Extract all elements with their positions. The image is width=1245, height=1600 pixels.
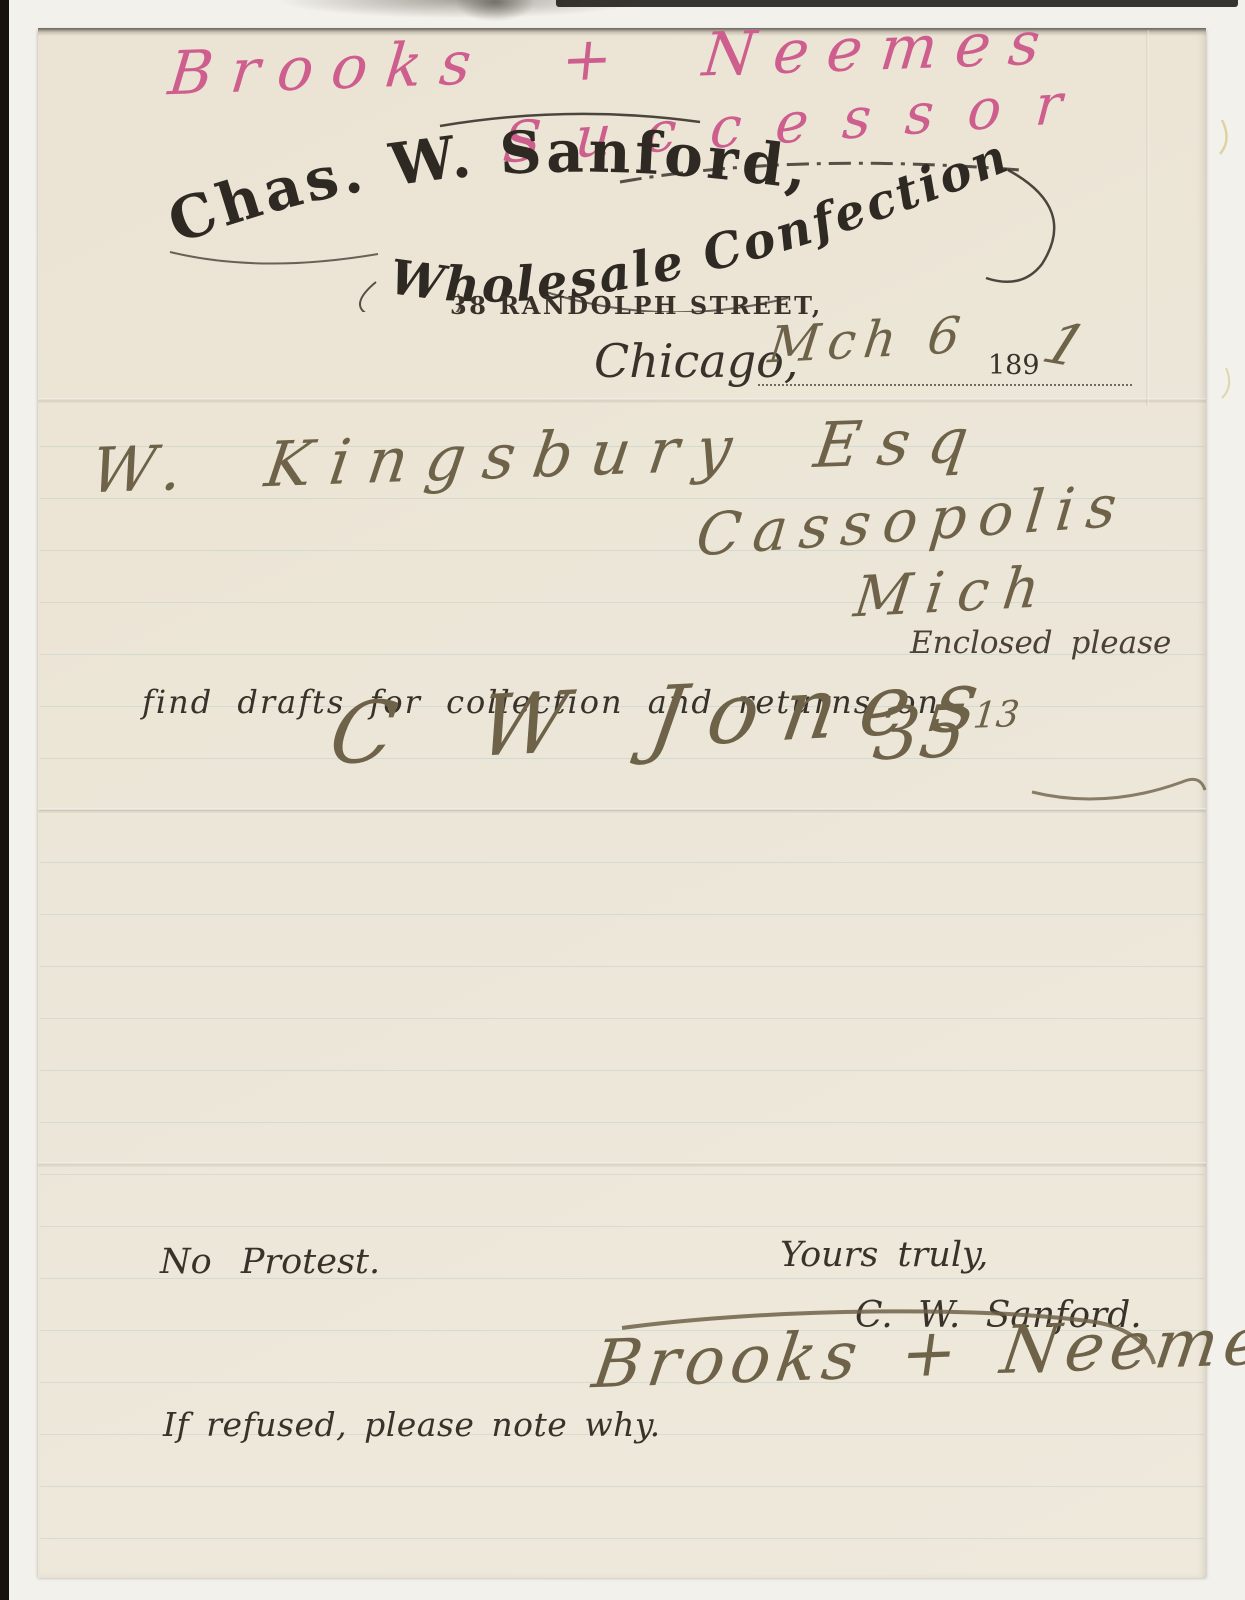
- amount-dollars: 35: [870, 689, 970, 777]
- no-protest-label: No Protest.: [160, 1245, 380, 1280]
- scan-top-smudge-dark: [455, 0, 535, 22]
- closing-label: Yours truly,: [780, 1238, 988, 1273]
- fold-crease-middle: [38, 808, 1206, 813]
- scanned-letter-page: Brooks + Neemes Successor Chas. W. Sanfo…: [0, 0, 1245, 1600]
- letterhead-artwork: Chas. W. Sanford, Wholesale Confectioner…: [140, 112, 1150, 312]
- scanner-edge-top-band: [556, 0, 1238, 7]
- stray-mark-lower: [1222, 368, 1229, 398]
- street-address: 38 RANDOLPH STREET,: [450, 294, 823, 318]
- printed-year-prefix: 189: [988, 352, 1040, 379]
- amount-handwritten: 3513: [870, 693, 1021, 770]
- amount-cents: 13: [971, 694, 1021, 737]
- stray-mark-upper: [1220, 120, 1227, 154]
- handwritten-date: Mch 6: [766, 310, 971, 371]
- scanner-edge-left: [0, 0, 9, 1600]
- flourish-under-name: [170, 252, 378, 264]
- fold-crease-lower: [38, 1162, 1206, 1167]
- fold-crease-upper: [38, 398, 1206, 403]
- recipient-state: Mich: [851, 560, 1056, 627]
- refusal-note: If refused, please note why.: [163, 1408, 661, 1441]
